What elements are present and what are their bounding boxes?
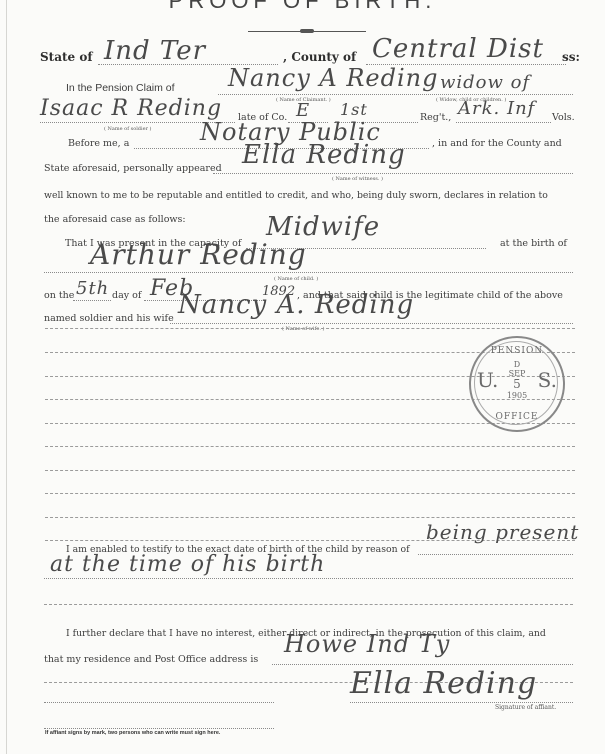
case-text: the aforesaid case as follows: xyxy=(44,214,186,225)
witness-line xyxy=(213,173,573,174)
county-value: Central Dist xyxy=(372,34,544,64)
pension-office-stamp: PENSION U. S. D SEP 5 1905 OFFICE xyxy=(469,336,565,432)
birth-of-label: at the birth of xyxy=(500,238,567,249)
state-value: Ind Ter xyxy=(104,36,206,66)
wife-line xyxy=(170,323,573,324)
reason-line-2 xyxy=(44,578,573,579)
state-regt-line xyxy=(456,122,551,123)
affiant-signature: Ella Reding xyxy=(350,666,537,701)
ss-label: ss: xyxy=(562,50,580,64)
soldier-value: Isaac R Reding xyxy=(40,96,222,121)
form-title: PROOF OF BIRTH. xyxy=(0,0,605,14)
page-edge xyxy=(6,0,7,754)
child-value: Arthur Reding xyxy=(90,238,307,271)
regt-label: Reg't., xyxy=(420,112,451,123)
on-the-label: on the xyxy=(44,290,74,301)
day-of-label: day of xyxy=(112,290,141,301)
stamp-letter: D xyxy=(471,360,563,369)
before-me-label: Before me, a xyxy=(68,138,129,149)
blank-line xyxy=(45,446,575,447)
county-label: , County of xyxy=(283,50,356,64)
county-and-label: , in and for the County and xyxy=(432,138,562,149)
vols-label: Vols. xyxy=(552,112,575,123)
stamp-bottom-text: OFFICE xyxy=(471,412,563,422)
day-value: 5th xyxy=(76,278,109,299)
child-caption: ( Name of child. ) xyxy=(274,276,318,282)
widow-value: widow of xyxy=(440,72,530,93)
title-ornament xyxy=(248,31,366,32)
child-line xyxy=(44,272,573,273)
signature-caption: Signature of affiant. xyxy=(495,704,556,711)
wife-value: Nancy A. Reding xyxy=(178,290,414,320)
stamp-day: 5 xyxy=(471,378,563,391)
proof-of-birth-form: PROOF OF BIRTH. State of Ind Ter , Count… xyxy=(0,0,605,754)
address-line xyxy=(272,664,573,665)
mark-witness-line-1 xyxy=(44,702,274,703)
stamp-date: D SEP 5 1905 xyxy=(471,360,563,400)
mark-witness-line-2 xyxy=(44,728,274,729)
stamp-top-text: PENSION xyxy=(471,346,563,356)
blank-line xyxy=(44,604,573,605)
wife-caption: ( Name of wife. ) xyxy=(282,326,324,332)
named-soldier-label: named soldier and his wife xyxy=(44,313,174,324)
claimant-value: Nancy A Reding xyxy=(228,64,439,92)
blank-line xyxy=(45,328,575,329)
stamp-year: 1905 xyxy=(471,391,563,400)
blank-line xyxy=(45,470,575,471)
witness-caption: ( Name of witness. ) xyxy=(332,176,383,182)
known-text: well known to me to be reputable and ent… xyxy=(44,190,548,201)
reason-line-1 xyxy=(418,554,573,555)
address-label: that my residence and Post Office addres… xyxy=(44,654,258,665)
witness-value: Ella Reding xyxy=(242,140,406,170)
claimant-line xyxy=(218,94,573,95)
reason-value-2: at the time of his birth xyxy=(50,552,325,577)
day-line xyxy=(73,300,111,301)
footnote: If affiant signs by mark, two persons wh… xyxy=(45,730,220,736)
address-value: Howe Ind Ty xyxy=(284,630,450,658)
blank-line xyxy=(45,517,575,518)
regiment-value: 1st xyxy=(340,100,368,119)
state-label: State of xyxy=(40,50,93,64)
claim-label: In the Pension Claim of xyxy=(66,82,175,94)
reason-value-1: being present xyxy=(426,520,579,544)
state-regt-value: Ark. Inf xyxy=(458,98,535,119)
signature-line xyxy=(350,702,573,703)
soldier-caption: ( Name of soldier ) xyxy=(104,126,152,132)
appeared-label: State aforesaid, personally appeared xyxy=(44,163,222,174)
blank-line xyxy=(45,493,575,494)
